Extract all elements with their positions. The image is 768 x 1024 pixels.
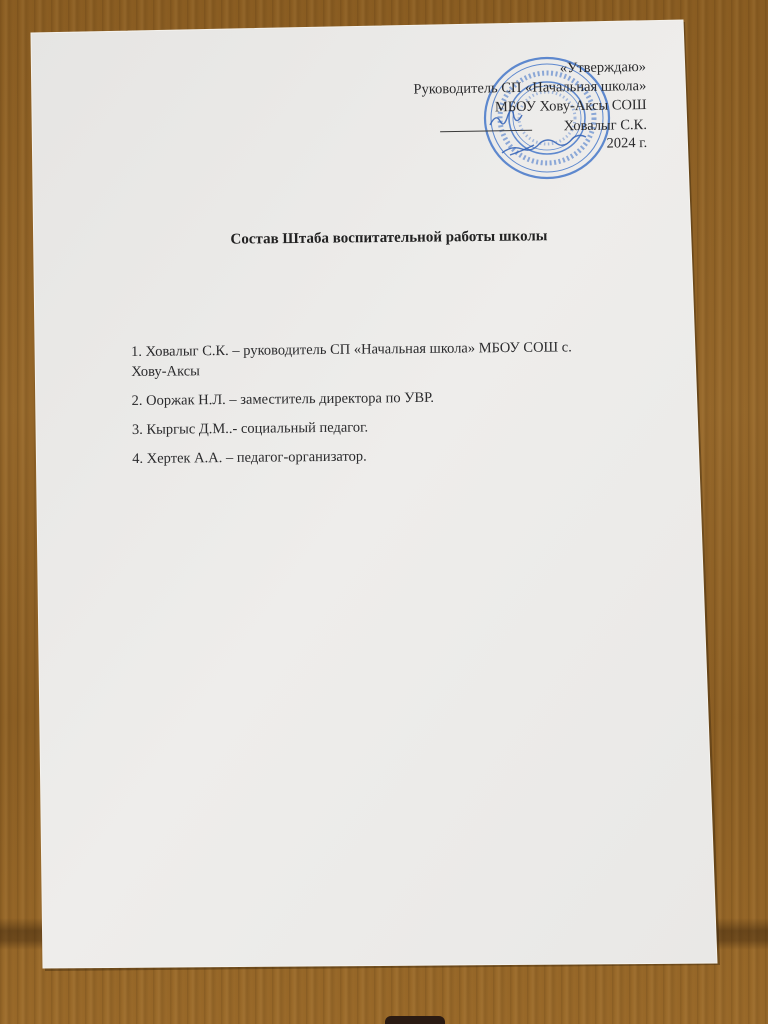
- staff-members-list: 1. Ховалыг С.К. – руководитель СП «Начал…: [131, 337, 573, 478]
- signature-line: [440, 117, 532, 132]
- paper-sheet: [0, 0, 768, 1024]
- approval-signatory-name: Ховалыг С.К.: [564, 117, 647, 134]
- list-item: 1. Ховалыг С.К. – руководитель СП «Начал…: [131, 337, 572, 382]
- member-2-text: 2. Ооржак Н.Л. – заместитель директора п…: [132, 386, 573, 411]
- list-item: 3. Кыргыс Д.М..- социальный педагог.: [132, 415, 573, 440]
- approval-block: «Утверждаю» Руководитель СП «Начальная ш…: [413, 58, 647, 157]
- member-3-text: 3. Кыргыс Д.М..- социальный педагог.: [132, 415, 573, 440]
- member-4-text: 4. Хертек А.А. – педагог-организатор.: [132, 444, 573, 469]
- handwritten-date: [483, 148, 603, 150]
- list-item: 4. Хертек А.А. – педагог-организатор.: [132, 444, 573, 469]
- list-item: 2. Ооржак Н.Л. – заместитель директора п…: [132, 386, 573, 411]
- approval-date: 2024 г.: [607, 135, 648, 152]
- approval-date-row: 2024 г.: [414, 134, 647, 157]
- member-1-continuation: Хову-Аксы: [131, 357, 572, 382]
